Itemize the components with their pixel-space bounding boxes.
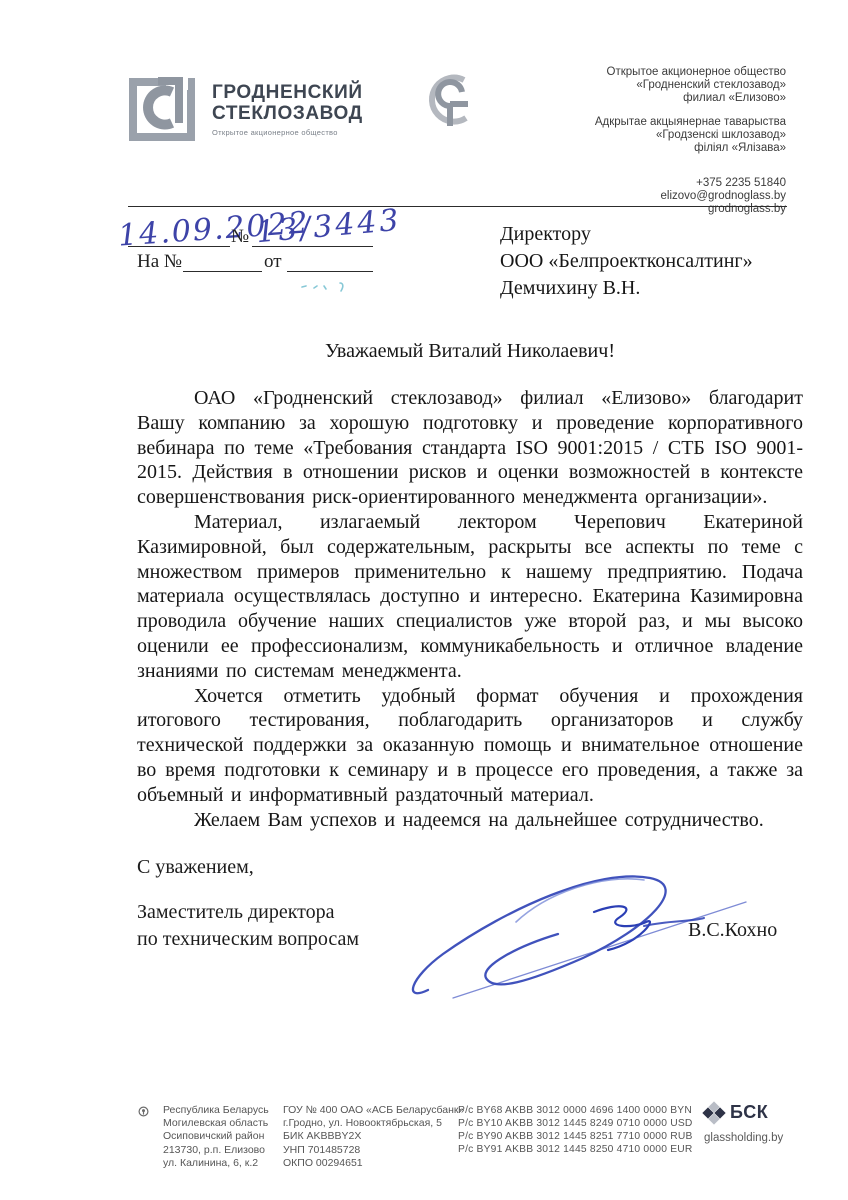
location-pin-icon xyxy=(138,1106,149,1117)
footer-account-line: Р/с BY68 AKBB 3012 0000 4696 1400 0000 B… xyxy=(458,1104,693,1117)
signer-name: В.С.Кохно xyxy=(688,919,777,942)
org-ru-line: «Гродненский стеклозавод» xyxy=(486,79,786,92)
org-info-by: Адкрытае акцыянернае таварыства «Гродзен… xyxy=(486,116,786,155)
addressee-block: Директору ООО «Белпроектконсалтинг» Демч… xyxy=(500,221,753,302)
addressee-company: ООО «Белпроектконсалтинг» xyxy=(500,248,753,275)
footer-postal-address: Республика Беларусь Могилевская область … xyxy=(163,1104,269,1170)
footer-bank-line: ГОУ № 400 ОАО «АСБ Беларусбанк» xyxy=(283,1104,464,1117)
company-name: ГРОДНЕНСКИЙ СТЕКЛОЗАВОД Открытое акционе… xyxy=(212,82,363,137)
body-paragraph: ОАО «Гродненский стеклозавод» филиал «Ел… xyxy=(137,386,803,510)
blank-line xyxy=(287,271,373,272)
footer-address-line: Осиповичский район xyxy=(163,1130,269,1143)
footer-address-line: Могилевская область xyxy=(163,1117,269,1130)
company-name-line2: СТЕКЛОЗАВОД xyxy=(212,103,363,124)
body-paragraph: Материал, излагаемый лектором Черепович … xyxy=(137,510,803,684)
org-info-ru: Открытое акционерное общество «Гродненск… xyxy=(486,66,786,105)
footer-account-line: Р/с BY91 AKBB 3012 1445 8250 4710 0000 E… xyxy=(458,1143,693,1156)
footer-bank-details: ГОУ № 400 ОАО «АСБ Беларусбанк» г.Гродно… xyxy=(283,1104,464,1170)
bsk-brand-name: БСК xyxy=(730,1102,768,1123)
signer-title-line: Заместитель директора xyxy=(137,899,359,926)
footer-address-line: Республика Беларусь xyxy=(163,1104,269,1117)
contact-phone: +375 2235 51840 xyxy=(486,177,786,190)
addressee-role: Директору xyxy=(500,221,753,248)
blank-line xyxy=(252,246,373,247)
signer-title-line: по техническим вопросам xyxy=(137,926,359,953)
letter-body: ОАО «Гродненский стеклозавод» филиал «Ел… xyxy=(137,386,803,832)
closing-salutation: С уважением, xyxy=(137,856,254,879)
footer-bank-line: УНП 701485728 xyxy=(283,1144,464,1157)
org-by-line: філіял «Ялізава» xyxy=(486,142,786,155)
org-ru-line: Открытое акционерное общество xyxy=(486,66,786,79)
scanned-letter-page: ГРОДНЕНСКИЙ СТЕКЛОЗАВОД Открытое акционе… xyxy=(0,0,848,1200)
letterhead-right-block: Открытое акционерное общество «Гродненск… xyxy=(486,66,786,216)
number-sign-label: № xyxy=(231,226,249,248)
bsk-logo-icon xyxy=(704,1103,724,1123)
footer-bank-line: БИК AKBBBY2X xyxy=(283,1130,464,1143)
company-logo-icon xyxy=(128,70,200,142)
org-ru-line: филиал «Елизово» xyxy=(486,92,786,105)
footer-bank-accounts: Р/с BY68 AKBB 3012 0000 4696 1400 0000 B… xyxy=(458,1104,693,1156)
footer-account-line: Р/с BY10 AKBB 3012 1445 8249 0710 0000 U… xyxy=(458,1117,693,1130)
secondary-logo-icon xyxy=(424,72,476,132)
contact-block: +375 2235 51840 elizovo@grodnoglass.by g… xyxy=(486,177,786,216)
reply-date-label: от xyxy=(264,251,282,273)
body-paragraph: Хочется отметить удобный формат обучения… xyxy=(137,684,803,808)
body-paragraph: Желаем Вам успехов и надеемся на дальней… xyxy=(137,808,803,833)
footer-bank-line: г.Гродно, ул. Новооктябрьская, 5 xyxy=(283,1117,464,1130)
salutation: Уважаемый Виталий Николаевич! xyxy=(137,340,803,363)
company-name-line1: ГРОДНЕНСКИЙ xyxy=(212,82,363,103)
ink-smudge xyxy=(300,281,352,293)
company-subtitle: Открытое акционерное общество xyxy=(212,128,363,137)
blank-line xyxy=(183,271,262,272)
reply-number-label: На № xyxy=(137,251,182,273)
footer-address-line: ул. Калинина, 6, к.2 xyxy=(163,1157,269,1170)
bsk-brand-block: БСК glassholding.by xyxy=(704,1102,783,1144)
org-by-line: Адкрытае акцыянернае таварыства xyxy=(486,116,786,129)
blank-line xyxy=(128,246,230,247)
signer-title: Заместитель директора по техническим воп… xyxy=(137,899,359,952)
contact-email: elizovo@grodnoglass.by xyxy=(486,190,786,203)
footer-address-line: 213730, р.п. Елизово xyxy=(163,1144,269,1157)
contact-website: grodnoglass.by xyxy=(486,203,786,216)
header-divider xyxy=(128,206,787,207)
org-by-line: «Гродзенскі шклозавод» xyxy=(486,129,786,142)
footer-bank-line: ОКПО 00294651 xyxy=(283,1157,464,1170)
addressee-person: Демчихину В.Н. xyxy=(500,275,753,302)
bsk-website: glassholding.by xyxy=(704,1132,783,1144)
footer-account-line: Р/с BY90 AKBB 3012 1445 8251 7710 0000 R… xyxy=(458,1130,693,1143)
